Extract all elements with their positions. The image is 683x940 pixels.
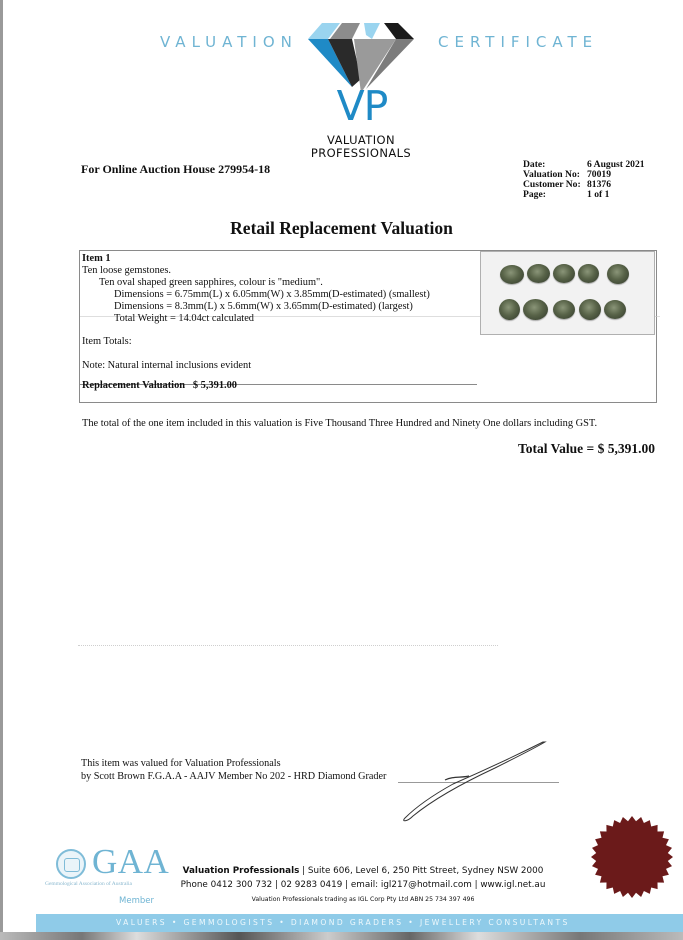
wax-seal-icon bbox=[590, 815, 674, 899]
item-heading: Item 1 bbox=[82, 253, 430, 265]
gaa-emblem-icon bbox=[56, 849, 86, 879]
gem-image bbox=[607, 264, 629, 284]
footer-address: Valuation Professionals | Suite 606, Lev… bbox=[161, 866, 565, 876]
item-total-weight: Total Weight = 14.04ct calculated bbox=[82, 313, 430, 325]
gem-image bbox=[553, 264, 575, 283]
gem-image bbox=[523, 299, 548, 320]
item-dimensions-largest: Dimensions = 8.3mm(L) x 5.6mm(W) x 3.65m… bbox=[82, 301, 430, 313]
item-totals-label: Item Totals: bbox=[82, 336, 430, 348]
certificate-meta: Date:6 August 2021 Valuation No:70019 Cu… bbox=[523, 160, 645, 200]
company-name-line2: PROFESSIONALS bbox=[300, 147, 422, 160]
gem-image bbox=[578, 264, 599, 283]
company-name: VALUATION PROFESSIONALS bbox=[300, 134, 422, 160]
gaa-subtitle: Gemmological Association of Australia bbox=[45, 881, 132, 887]
page-title: Retail Replacement Valuation bbox=[0, 218, 683, 239]
gaa-member-label: Member bbox=[119, 896, 154, 906]
replacement-value: $ 5,391.00 bbox=[193, 380, 237, 391]
signature-icon bbox=[395, 736, 555, 826]
page-value: 1 of 1 bbox=[587, 190, 609, 200]
header-certificate-word: CERTIFICATE bbox=[438, 33, 598, 51]
header-valuation-word: VALUATION bbox=[160, 33, 298, 51]
item-note: Note: Natural internal inclusions eviden… bbox=[82, 360, 430, 372]
gem-image bbox=[579, 299, 601, 320]
item-dimensions-smallest: Dimensions = 6.75mm(L) x 6.05mm(W) x 3.8… bbox=[82, 289, 430, 301]
gem-image bbox=[527, 264, 550, 283]
gemstones-photo bbox=[480, 251, 655, 335]
item-line: Ten oval shaped green sapphires, colour … bbox=[82, 277, 430, 289]
gem-image bbox=[499, 299, 520, 320]
valuer-statement: This item was valued for Valuation Profe… bbox=[81, 758, 386, 783]
meta-row-page: Page:1 of 1 bbox=[523, 190, 645, 200]
gaa-logo-text: GAA bbox=[92, 842, 169, 882]
footer-services-band: VALUERS • GEMMOLOGISTS • DIAMOND GRADERS… bbox=[36, 914, 683, 932]
scan-edge bbox=[0, 0, 3, 940]
total-value: Total Value = $ 5,391.00 bbox=[518, 441, 655, 457]
scan-bottom-edge bbox=[0, 932, 683, 940]
item-description: Item 1 Ten loose gemstones. Ten oval sha… bbox=[82, 253, 430, 392]
footer-contact: Phone 0412 300 732 | 02 9283 0419 | emai… bbox=[161, 880, 565, 890]
client-reference: For Online Auction House 279954-18 bbox=[81, 162, 270, 177]
scan-crease bbox=[78, 645, 498, 646]
footer-trading: Valuation Professionals trading as IGL C… bbox=[161, 896, 565, 903]
gem-image bbox=[604, 300, 626, 319]
gem-image bbox=[553, 300, 575, 319]
gem-image bbox=[500, 265, 524, 284]
total-in-words: The total of the one item included in th… bbox=[82, 418, 597, 429]
vp-logo-letters: VP bbox=[327, 84, 397, 128]
replacement-valuation: Replacement Valuation $ 5,391.00 bbox=[82, 380, 430, 392]
item-line: Ten loose gemstones. bbox=[82, 265, 430, 277]
